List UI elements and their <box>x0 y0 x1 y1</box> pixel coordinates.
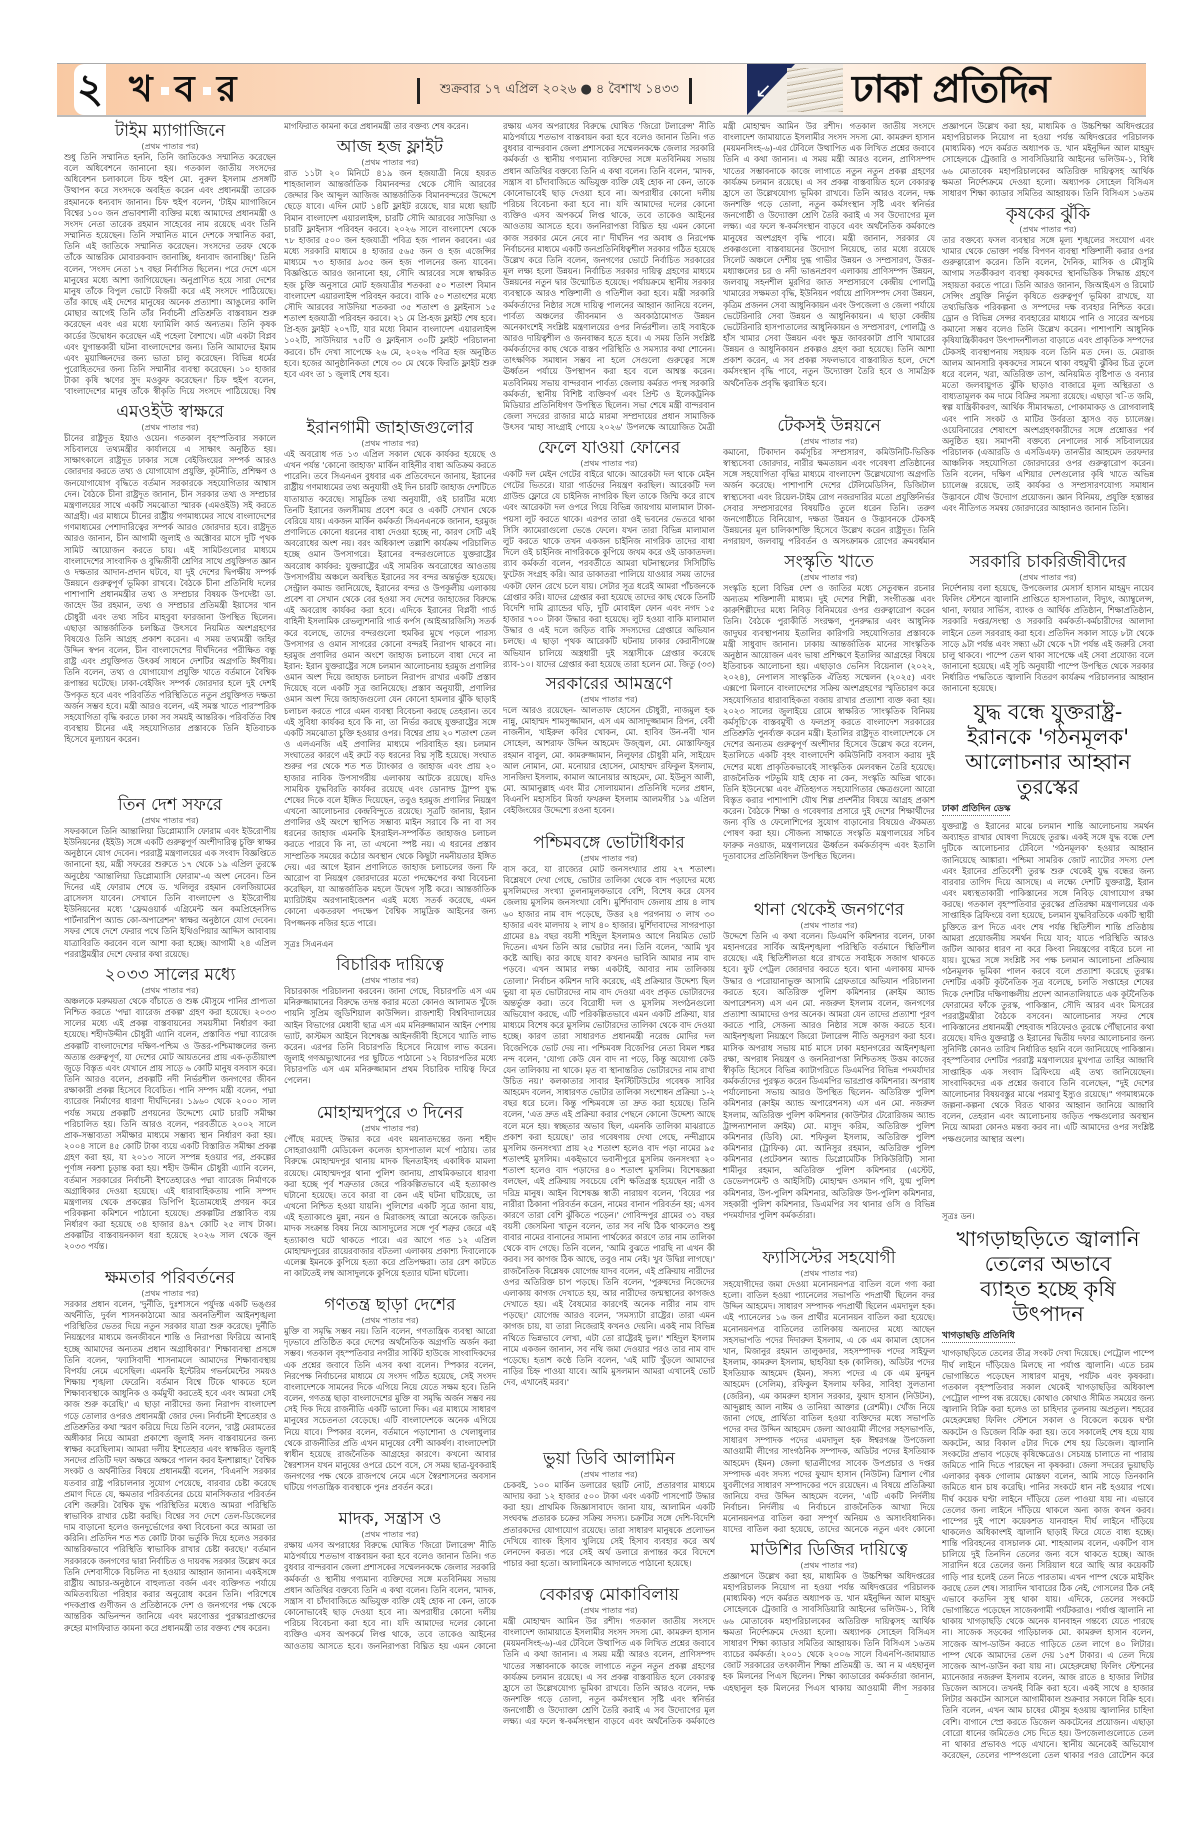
headline[interactable]: টেকসই উন্নয়নে <box>723 416 935 436</box>
article-lost-phones[interactable]: ফেলে যাওয়া ফোনের (প্রথম পাতার পর) একটি … <box>503 438 715 669</box>
article-body: এই অবরোধ গত ১৩ এপ্রিল সকাল থেকে কার্যকর … <box>284 449 496 939</box>
continued-label: (প্রথম পাতার পর) <box>503 1469 715 1480</box>
continued-label: (প্রথম পাতার পর) <box>723 572 935 583</box>
headline[interactable]: ক্ষমতার পরিবর্তনের <box>64 1268 276 1288</box>
article-farmer-risk[interactable]: কৃষকের ঝুঁকি (প্রথম পাতার পর) তার বক্তব্… <box>942 204 1154 547</box>
section-title: খবর <box>129 64 239 115</box>
article-democracy[interactable]: গণতন্ত্র ছাড়া দেশের (প্রথম পাতার পর) মু… <box>284 1295 496 1504</box>
article-body: রক্ষায় এসব অপরাধের বিরুদ্ধে ঘোষিত 'জিরো… <box>284 1540 496 1652</box>
headline[interactable]: তিন দেশ সফরে <box>64 795 276 815</box>
article-fascist[interactable]: ফ্যাসিস্টের সহযোগী (প্রথম পাতার পর) সহযো… <box>723 1248 935 1535</box>
article-body-continued: প্রজ্ঞাপনে উল্লেখ করা হয়, মাধ্যমিক ও উচ… <box>942 121 1154 199</box>
article-body-tail: মাগফিরাত কামনা করে প্রধানমন্ত্রী তার বক্… <box>284 121 496 132</box>
continued-label: (প্রথম পাতার পর) <box>503 694 715 705</box>
headline[interactable]: ২০৩৩ সালের মধ্যে <box>64 965 276 985</box>
masthead-logo[interactable]: ঢাকা প্রতিদিন <box>852 64 1050 115</box>
article-west-bengal[interactable]: পশ্চিমবঙ্গে ভোটাধিকার (প্রথম পাতার পর) ব… <box>503 833 715 1444</box>
headline[interactable]: সংস্কৃতি খাতে <box>723 552 935 572</box>
continued-label: (প্রথম পাতার পর) <box>284 1529 496 1540</box>
article-body: সংস্কৃতি হলো বিভিন্ন দেশ ও জাতির মধ্যে স… <box>723 583 935 895</box>
headline[interactable]: এমওইউ স্বাক্ষরে <box>64 402 276 422</box>
article-govt-employees[interactable]: সরকারি চাকরিজীবীদের (প্রথম পাতার পর) নির… <box>942 552 1154 695</box>
continued-label: (প্রথম পাতার পর) <box>284 438 496 449</box>
headline[interactable]: মোহাম্মদপুরে ৩ দিনের <box>284 1103 496 1123</box>
source-credit: সূত্রঃ সিএনএন <box>284 939 496 950</box>
headline[interactable]: আজ হজ ফ্লাইট <box>284 137 496 157</box>
headline[interactable]: ফেলে যাওয়া ফোনের <box>503 438 715 458</box>
headline[interactable]: থানা থেকেই জনগণের <box>723 900 935 920</box>
headline[interactable]: সরকারের আমন্ত্রণে <box>503 674 715 694</box>
article-iran-ships[interactable]: ইরানগামী জাহাজগুলোর (প্রথম পাতার পর) এই … <box>284 418 496 950</box>
headline[interactable]: ইরানগামী জাহাজগুলোর <box>284 418 496 438</box>
article-body: নির্দেশনায় বলা হয়েছে, উপজেলার মেসার্স … <box>942 583 1154 695</box>
headline[interactable]: ফ্যাসিস্টের সহযোগী <box>723 1248 935 1268</box>
article-mou[interactable]: এমওইউ স্বাক্ষরে (প্রথম পাতার পর) চীনের র… <box>64 402 276 790</box>
article-body: বাস করে, যা রাজ্যের মোট জনসংখ্যার প্রায়… <box>503 864 715 1444</box>
article-body: খাগড়াছড়িতে তেলের তীব্র সংকট দেখা দিয়ে… <box>942 1348 1154 1760</box>
continued-label: (প্রথম পাতার পর) <box>942 224 1154 235</box>
article-fake-db[interactable]: ভুয়া ডিবি আলামিন (প্রথম পাতার পর) চেকবই… <box>503 1449 715 1580</box>
article-body: তার বক্তব্যে ফসল ব্যবস্থার সঙ্গে মূল্য শ… <box>942 235 1154 547</box>
byline: খাগড়াছড়ি প্রতিনিধি <box>942 1331 1015 1343</box>
article-turkey[interactable]: যুদ্ধ বন্ধে যুক্তরাষ্ট্র-ইরানকে 'গঠনমূলক… <box>942 700 1154 1222</box>
article-sustainable[interactable]: টেকসই উন্নয়নে (প্রথম পাতার পর) কমানো, ট… <box>723 416 935 547</box>
article-body: একটি দল মেইন গেটের বাইরে থাকে। আরেকটা দল… <box>503 469 715 669</box>
article-hajj[interactable]: আজ হজ ফ্লাইট (প্রথম পাতার পর) রাত ১১টা ২… <box>284 137 496 413</box>
article-body-continued: রক্ষায় এসব অপরাধের বিরুদ্ধে ঘোষিত 'জিরো… <box>503 121 715 433</box>
article-body: মুক্তি বা সমৃদ্ধি সম্ভব নয়। তিনি বলেন, … <box>284 1326 496 1504</box>
article-body: চেকবই, ১০০ মার্কিন ডলারের ছয়টি নোট, প্র… <box>503 1480 715 1580</box>
column-2: মাগফিরাত কামনা করে প্রধানমন্ত্রী তার বক্… <box>284 121 496 1652</box>
article-invitation[interactable]: সরকারের আমন্ত্রণে (প্রথম পাতার পর) দলে আ… <box>503 674 715 828</box>
article-body: দলে আরও রয়েছেন- আলতাফ হোসেন চৌধুরী, নাজ… <box>503 705 715 828</box>
headline[interactable]: কৃষকের ঝুঁকি <box>942 204 1154 224</box>
article-body: সরকার প্রধান বলেন, 'দুর্নীতি, দুঃশাসনে প… <box>64 1299 276 1644</box>
headline[interactable]: খাগড়াছড়িতে জ্বালানি তেলের অভাবেব্যাহত … <box>942 1227 1154 1327</box>
source-credit: সূত্রঃ ডন। <box>942 1211 1154 1222</box>
continued-label: (প্রথম পাতার পর) <box>503 1605 715 1616</box>
article-khagrachhari[interactable]: খাগড়াছড়িতে জ্বালানি তেলের অভাবেব্যাহত … <box>942 1227 1154 1760</box>
headline[interactable]: পশ্চিমবঙ্গে ভোটাধিকার <box>503 833 715 853</box>
continued-label: (প্রথম পাতার পর) <box>723 1268 935 1279</box>
page-header-band: ২ খবর শুক্রবার ১৭ এপ্রিল ২০২৬ ● ৪ বৈশাখ … <box>57 63 1146 117</box>
article-body: সফরকালে তিনি আন্তালিয়া ডিপ্লোম্যাসি ফোর… <box>64 826 276 960</box>
continued-label: (প্রথম পাতার পর) <box>64 1288 276 1299</box>
article-three-countries[interactable]: তিন দেশ সফরে (প্রথম পাতার পর) সফরকালে তি… <box>64 795 276 960</box>
continued-label: (প্রথম পাতার পর) <box>503 853 715 864</box>
divider <box>689 78 692 104</box>
divider <box>417 78 420 104</box>
continued-label: (প্রথম পাতার পর) <box>503 458 715 469</box>
article-drugs[interactable]: মাদক, সন্ত্রাস ও (প্রথম পাতার পর) রক্ষায… <box>284 1509 496 1652</box>
article-body: প্রজ্ঞাপনে উল্লেখ করা হয়, মাধ্যমিক ও উচ… <box>723 1571 935 1695</box>
headline[interactable]: বিচারিক দায়িত্বে <box>284 955 496 975</box>
article-body: শুধু তিনি সম্মানিত হননি, তিনি জাতিকেও সম… <box>64 152 276 397</box>
article-body-continued: মন্ত্রী মোহাম্মদ আমিন উর রশীদ। গতকাল জাত… <box>723 121 935 411</box>
byline: ঢাকা প্রতিদিন ডেস্ক <box>942 804 1010 816</box>
continued-label: (প্রথম পাতার পর) <box>284 975 496 986</box>
article-unemployment[interactable]: বেকারত্ব মোকাবিলায় (প্রথম পাতার পর) মন্… <box>503 1585 715 1728</box>
headline[interactable]: গণতন্ত্র ছাড়া দেশের <box>284 1295 496 1315</box>
article-police-station[interactable]: থানা থেকেই জনগণের (প্রথম পাতার পর) উদ্দে… <box>723 900 935 1243</box>
headline[interactable]: যুদ্ধ বন্ধে যুক্তরাষ্ট্র-ইরানকে 'গঠনমূলক… <box>942 700 1154 800</box>
article-body: মন্ত্রী মোহাম্মদ আমিন উর রশীদ। গতকাল জাত… <box>503 1616 715 1728</box>
continued-label: (প্রথম পাতার পর) <box>284 157 496 168</box>
article-body: উদ্দেশে তিনি এ কথা বলেন। ডিএমপি কমিশনার … <box>723 931 935 1243</box>
continued-label: (প্রথম পাতার পর) <box>64 985 276 996</box>
page-number: ২ <box>74 64 106 115</box>
article-time-magazine[interactable]: টাইম ম্যাগাজিনে (প্রথম পাতার পর) শুধু তি… <box>64 121 276 397</box>
article-body: সহযোগীদের জমা দেওয়া মনোনয়নপত্র বাতিল ব… <box>723 1279 935 1535</box>
date-line: শুক্রবার ১৭ এপ্রিল ২০২৬ ● ৪ বৈশাখ ১৪৩৩ <box>440 64 679 115</box>
headline[interactable]: ভুয়া ডিবি আলামিন <box>503 1449 715 1469</box>
headline[interactable]: সরকারি চাকরিজীবীদের <box>942 552 1154 572</box>
continued-label: (প্রথম পাতার পর) <box>64 422 276 433</box>
column-4: মন্ত্রী মোহাম্মদ আমিন উর রশীদ। গতকাল জাত… <box>723 121 935 1695</box>
column-1: টাইম ম্যাগাজিনে (প্রথম পাতার পর) শুধু তি… <box>64 121 276 1644</box>
headline[interactable]: টাইম ম্যাগাজিনে <box>64 121 276 141</box>
article-body: অঞ্চলকে মরুময়তা থেকে বাঁচাতে ও শুষ্ক মৌ… <box>64 996 276 1263</box>
continued-label: (প্রথম পাতার পর) <box>723 436 935 447</box>
headline[interactable]: মাউশির ডিজির দায়িত্বে <box>723 1540 935 1560</box>
article-power-change[interactable]: ক্ষমতার পরিবর্তনের (প্রথম পাতার পর) সরকা… <box>64 1268 276 1644</box>
column-5: প্রজ্ঞাপনে উল্লেখ করা হয়, মাধ্যমিক ও উচ… <box>942 121 1154 1760</box>
article-culture[interactable]: সংস্কৃতি খাতে (প্রথম পাতার পর) সংস্কৃতি … <box>723 552 935 895</box>
article-by-2033[interactable]: ২০৩৩ সালের মধ্যে (প্রথম পাতার পর) অঞ্চলক… <box>64 965 276 1263</box>
continued-label: (প্রথম পাতার পর) <box>723 1560 935 1571</box>
continued-label: (প্রথম পাতার পর) <box>723 920 935 931</box>
article-body: রাত ১১টা ২০ মিনিটে ৪১৯ জন হজযাত্রী নিয়ে… <box>284 168 496 413</box>
column-3: রক্ষায় এসব অপরাধের বিরুদ্ধে ঘোষিত 'জিরো… <box>503 121 715 1728</box>
continued-label: (প্রথম পাতার পর) <box>64 815 276 826</box>
article-maushi[interactable]: মাউশির ডিজির দায়িত্বে (প্রথম পাতার পর) … <box>723 1540 935 1695</box>
article-mohammadpur[interactable]: মোহাম্মদপুরে ৩ দিনের (প্রথম পাতার পর) পৌ… <box>284 1103 496 1290</box>
article-body: পৌঁছে মরদেহ উদ্ধার করে এবং ময়নাতদন্তের … <box>284 1134 496 1290</box>
continued-label: (প্রথম পাতার পর) <box>284 1315 496 1326</box>
article-body: বিচারকাজ পরিচালনা করবেন। জানা গেছে, বিচা… <box>284 986 496 1098</box>
article-judicial[interactable]: বিচারিক দায়িত্বে (প্রথম পাতার পর) বিচার… <box>284 955 496 1098</box>
headline[interactable]: মাদক, সন্ত্রাস ও <box>284 1509 496 1529</box>
continued-label: (প্রথম পাতার পর) <box>942 572 1154 583</box>
article-body: যুক্তরাষ্ট্র ও ইরানের মাঝে চলমান শান্তি … <box>942 821 1154 1211</box>
headline[interactable]: বেকারত্ব মোকাবিলায় <box>503 1585 715 1605</box>
continued-label: (প্রথম পাতার পর) <box>64 141 276 152</box>
article-body: চীনের রাষ্ট্রদূত ইয়াও ওয়েন। গতকাল বৃহস… <box>64 433 276 790</box>
continued-label: (প্রথম পাতার পর) <box>284 1123 496 1134</box>
newspaper-stack-icon: ↙ <box>747 64 843 115</box>
article-body: কমানো, টিকাদান কর্মসূচির সম্প্রসারণ, কমি… <box>723 447 935 547</box>
